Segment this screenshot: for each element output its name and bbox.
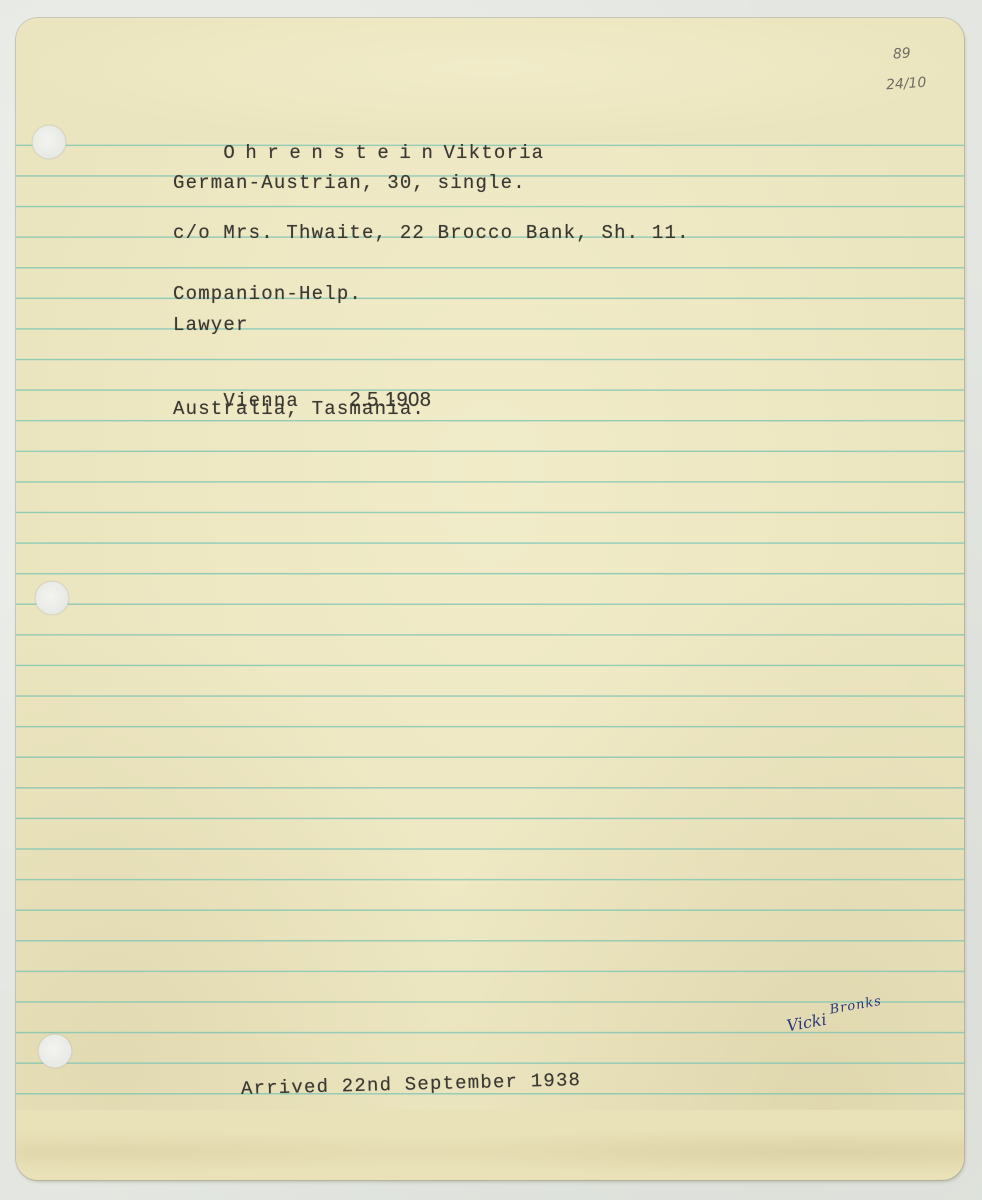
nationality-line: German-Austrian, 30, single. xyxy=(173,172,526,194)
occupation-line-2: Lawyer xyxy=(173,314,249,336)
punch-hole-middle xyxy=(35,581,69,615)
punch-hole-top xyxy=(32,125,66,159)
pencil-annotation-top: 89 xyxy=(892,45,911,62)
destination-line: Australia, Tasmania. xyxy=(173,398,425,420)
punch-hole-bottom xyxy=(38,1034,72,1068)
given-name: Viktoria xyxy=(443,142,544,164)
card-footer-area xyxy=(16,1110,964,1180)
occupation-line-1: Companion-Help. xyxy=(173,283,362,305)
surname: Ohrenstein xyxy=(223,142,443,164)
pencil-annotation-date: 24/10 xyxy=(885,75,926,94)
address-line: c/o Mrs. Thwaite, 22 Brocco Bank, Sh. 11… xyxy=(173,222,690,244)
index-card: 89 24/10 OhrensteinViktoria German-Austr… xyxy=(16,18,964,1180)
